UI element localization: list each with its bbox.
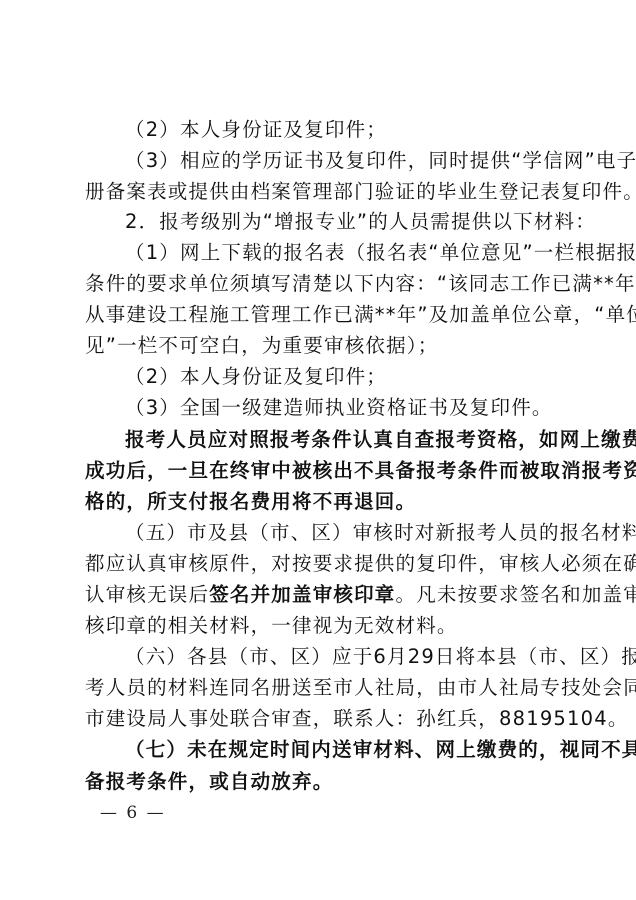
- text-line: 核印章的相关材料，一律视为无效材料。: [85, 614, 555, 638]
- text-line: 条件的要求单位须填写清楚以下内容：“该同志工作已满**年及: [85, 272, 555, 296]
- text-line: （2）本人身份证及复印件；: [125, 118, 555, 142]
- text-line: （1）网上下载的报名表（报名表“单位意见”一栏根据报考: [125, 241, 555, 265]
- text-line: 备报考条件，或自动放弃。: [85, 770, 555, 794]
- text-line: 都应认真审核原件，对按要求提供的复印件，审核人必须在确: [85, 552, 555, 576]
- text-line: 从事建设工程施工管理工作已满**年”及加盖单位公章，“单位意: [85, 303, 555, 327]
- bold-text-segment: 签名并加盖审核印章: [209, 583, 395, 606]
- text-line: 市建设局人事处联合审查，联系人：孙红兵，88195104。: [85, 707, 555, 731]
- text-line: （七）未在规定时间内送审材料、网上缴费的，视同不具: [125, 738, 555, 762]
- text-line: 考人员的材料连同名册送至市人社局，由市人社局专技处会同: [85, 676, 555, 700]
- text-line: （3）相应的学历证书及复印件，同时提供“学信网”电子注: [125, 149, 555, 173]
- text-line: 认审核无误后签名并加盖审核印章。凡未按要求签名和加盖审: [85, 583, 555, 607]
- text-line: 格的，所支付报名费用将不再退回。: [85, 490, 555, 514]
- text-line: 报考人员应对照报考条件认真自查报考资格，如网上缴费: [125, 428, 555, 452]
- page-number: — 6 —: [100, 803, 166, 823]
- text-segment: 。凡未按要求签名和加盖审: [396, 583, 636, 606]
- text-line: 见”一栏不可空白，为重要审核依据）；: [85, 334, 555, 358]
- text-line: 成功后，一旦在终审中被核出不具备报考条件而被取消报考资: [85, 459, 555, 483]
- text-line: （五）市及县（市、区）审核时对新报考人员的报名材料: [125, 521, 555, 545]
- text-segment: 认审核无误后: [85, 583, 209, 606]
- text-line: （3）全国一级建造师执业资格证书及复印件。: [125, 396, 555, 420]
- document-page: （2）本人身份证及复印件；（3）相应的学历证书及复印件，同时提供“学信网”电子注…: [0, 0, 636, 900]
- text-line: 册备案表或提供由档案管理部门验证的毕业生登记表复印件。: [85, 180, 555, 204]
- text-line: 2．报考级别为“增报专业”的人员需提供以下材料：: [125, 210, 555, 234]
- text-line: （2）本人身份证及复印件；: [125, 365, 555, 389]
- text-line: （六）各县（市、区）应于6月29日将本县（市、区）报: [125, 645, 555, 669]
